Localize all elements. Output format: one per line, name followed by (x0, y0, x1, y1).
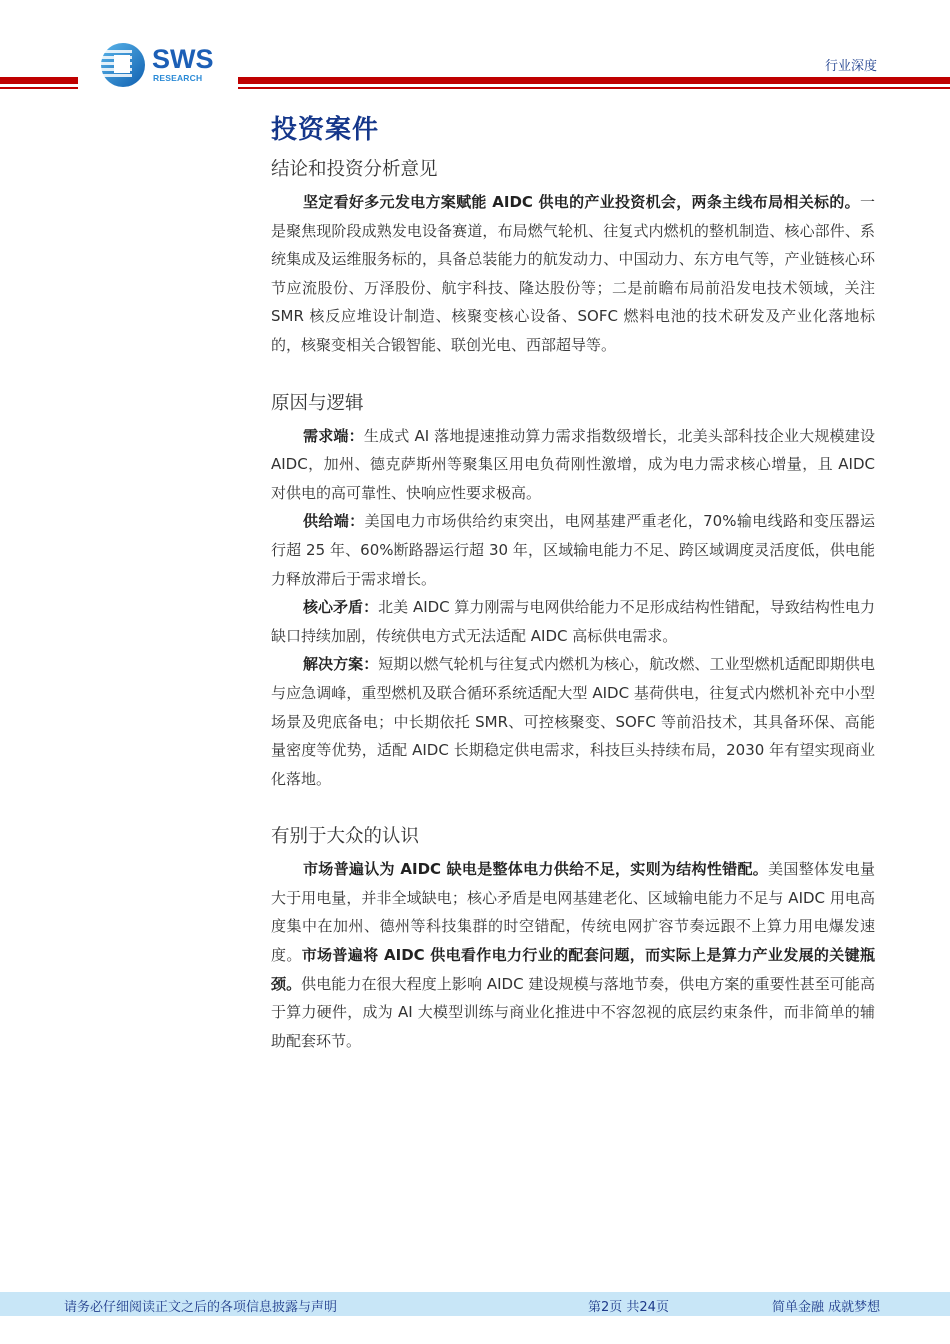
reason-paragraph-supply: 供给端：美国电力市场供给约束突出，电网基建严重老化，70%输电线路和变压器运行超… (271, 507, 875, 593)
logo-name: SWS (152, 46, 214, 73)
paragraph-bold-lead: 核心矛盾： (303, 598, 378, 616)
document-type-label: 行业深度 (825, 55, 877, 74)
header-rule-right-thin (238, 87, 950, 89)
paragraph-bold-lead: 坚定看好多元发电方案赋能 AIDC 供电的产业投资机会，两条主线布局相关标的。 (303, 193, 860, 211)
footer-disclaimer: 请务必仔细阅读正文之后的各项信息披露与声明 (64, 1296, 337, 1315)
section-title-reasons: 原因与逻辑 (271, 390, 875, 418)
section-title-differentiated-view: 有别于大众的认识 (271, 823, 875, 851)
header-rule-right-thick (238, 77, 950, 84)
paragraph-bold-lead: 市场普遍认为 AIDC 缺电是整体电力供给不足，实则为结构性错配。 (303, 860, 768, 878)
main-content: 投资案件 结论和投资分析意见 坚定看好多元发电方案赋能 AIDC 供电的产业投资… (271, 112, 875, 1055)
paragraph-bold-lead: 供给端： (303, 512, 365, 530)
paragraph-body: 一是聚焦现阶段成熟发电设备赛道，布局燃气轮机、往复式内燃机的整机制造、核心部件、… (271, 193, 875, 354)
differentiated-view-paragraph: 市场普遍认为 AIDC 缺电是整体电力供给不足，实则为结构性错配。美国整体发电量… (271, 855, 875, 1055)
footer-page-number: 第2页 共24页 (588, 1296, 669, 1315)
page-footer: 请务必仔细阅读正文之后的各项信息披露与声明 第2页 共24页 简单金融 成就梦想 (0, 1292, 950, 1316)
paragraph-body-second: 供电能力在很大程度上影响 AIDC 建设规模与落地节奏，供电方案的重要性甚至可能… (271, 975, 875, 1050)
logo-subtitle: RESEARCH (153, 73, 202, 83)
paragraph-body: 短期以燃气轮机与往复式内燃机为核心，航改燃、工业型燃机适配即期供电与应急调峰，重… (271, 655, 875, 787)
header-rule-left-thick (0, 77, 78, 84)
reason-paragraph-core-conflict: 核心矛盾：北美 AIDC 算力刚需与电网供给能力不足形成结构性错配，导致结构性电… (271, 593, 875, 650)
footer-slogan: 简单金融 成就梦想 (772, 1296, 880, 1315)
paragraph-bold-lead: 解决方案： (303, 655, 378, 673)
conclusion-paragraph: 坚定看好多元发电方案赋能 AIDC 供电的产业投资机会，两条主线布局相关标的。一… (271, 188, 875, 360)
reason-paragraph-solution: 解决方案：短期以燃气轮机与往复式内燃机为核心，航改燃、工业型燃机适配即期供电与应… (271, 650, 875, 793)
section-title-conclusion: 结论和投资分析意见 (271, 156, 875, 184)
sws-logo-icon (100, 42, 146, 88)
reason-paragraph-demand: 需求端：生成式 AI 落地提速推动算力需求指数级增长，北美头部科技企业大规模建设… (271, 422, 875, 508)
page-header: SWS RESEARCH 行业深度 (0, 0, 950, 100)
header-rule-left-thin (0, 87, 78, 89)
sws-logo: SWS RESEARCH (100, 42, 230, 92)
paragraph-bold-lead: 需求端： (303, 427, 364, 445)
page-title: 投资案件 (271, 112, 875, 148)
